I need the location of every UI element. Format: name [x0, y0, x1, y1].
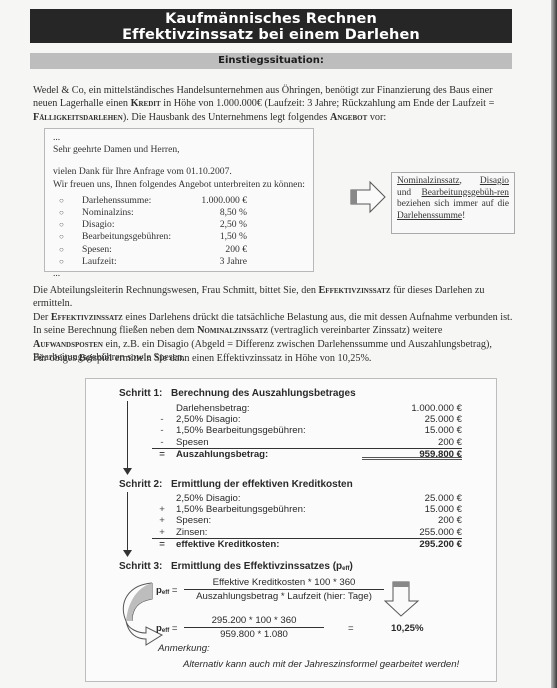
offer-item-value: 1.000.000 €	[177, 195, 247, 207]
title-line-2: Effektivzinssatz bei einem Darlehen	[30, 27, 512, 43]
calc-label: Spesen	[172, 437, 362, 448]
calc-total-label: Auszahlungsbetrag:	[172, 449, 362, 460]
curved-arrow-icon	[116, 577, 164, 647]
arrow-right-icon	[350, 180, 386, 214]
offer-item-label: Laufzeit:	[82, 256, 177, 268]
formula-numerator: Effektive Kreditkosten * 100 * 360	[184, 577, 384, 590]
note-box: Nominalzinssatz, Disagio und Bearbeitung…	[391, 172, 515, 234]
operator: +	[152, 504, 172, 515]
offer-items: ○Darlehenssumme:1.000.000 €○Nominalzins:…	[53, 195, 313, 268]
step-3-title-text: )	[350, 561, 353, 572]
operator: +	[152, 515, 172, 526]
calc-row: -2,50% Disagio:25.000 €	[152, 414, 462, 425]
note-text: beziehen sich immer auf die	[397, 199, 509, 209]
operator: =	[152, 449, 172, 460]
arrow-down-icon	[123, 550, 132, 557]
equals-sign: =	[172, 623, 178, 634]
bullet-icon: ○	[53, 219, 82, 231]
bullet-icon: ○	[53, 256, 82, 268]
calc-amount: 15.000 €	[362, 504, 462, 515]
offer-item-label: Bearbeitungsgebühren:	[82, 231, 177, 243]
calc-amount: 200 €	[362, 515, 462, 526]
calc-row: -Spesen200 €	[152, 437, 462, 448]
note-text: und	[397, 188, 422, 198]
page-edge	[551, 0, 557, 688]
arrow-down-icon	[123, 468, 132, 475]
body-paragraph-1: Die Abteilungsleiterin Rechnungswesen, F…	[33, 284, 513, 311]
remark-title: Anmerkung:	[158, 643, 210, 654]
calc-row: +Spesen:200 €	[152, 515, 462, 526]
body-text: Die Abteilungsleiterin Rechnungswesen, F…	[33, 285, 319, 296]
calc-total-label: effektive Kreditkosten:	[172, 539, 362, 550]
operator	[152, 403, 172, 414]
calc-amount: 200 €	[362, 437, 462, 448]
letter-salutation: Sehr geehrte Damen und Herren,	[53, 144, 313, 156]
offer-item-value: 1,50 %	[177, 231, 247, 243]
ellipsis: ...	[53, 268, 313, 280]
offer-item: ○Darlehenssumme:1.000.000 €	[53, 195, 313, 207]
bullet-icon: ○	[53, 207, 82, 219]
calc-total-row: =effektive Kreditkosten:295.200 €	[152, 538, 462, 550]
calc-row: -1,50% Bearbeitungsgebühren:15.000 €	[152, 425, 462, 436]
offer-item-value: 3 Jahre	[177, 256, 247, 268]
section-heading: Einstiegssituation:	[30, 53, 512, 69]
step-1-title: Berechnung des Auszahlungsbetrages	[171, 388, 356, 399]
note-term: Disagio	[480, 176, 509, 186]
calc-total-row: =Auszahlungsbetrag:959.800 €	[152, 448, 462, 460]
equals-sign: =	[172, 585, 178, 596]
calc-total-amount: 295.200 €	[362, 539, 462, 550]
term-effektivzinssatz: Effektivzinssatz	[319, 285, 391, 296]
result-equals: =	[348, 623, 354, 634]
bullet-icon: ○	[53, 244, 82, 256]
offer-item: ○Disagio:2,50 %	[53, 219, 313, 231]
calc-numerator: 295.200 * 100 * 360	[184, 615, 324, 628]
calc-label: 1,50% Bearbeitungsgebühren:	[172, 504, 362, 515]
subscript: eff	[342, 566, 349, 572]
calc-total-amount: 959.800 €	[362, 449, 462, 460]
flow-line	[127, 492, 128, 554]
offer-item-label: Nominalzins:	[82, 207, 177, 219]
offer-item-label: Disagio:	[82, 219, 177, 231]
offer-letter: ... Sehr geehrte Damen und Herren, viele…	[44, 128, 314, 272]
calc-label: 2,50% Disagio:	[172, 414, 362, 425]
calculation-box: Schritt 1: Berechnung des Auszahlungsbet…	[85, 378, 497, 682]
note-term: Nominalzinssatz	[397, 176, 460, 186]
remark-text: Alternativ kann auch mit der Jahreszinsf…	[183, 659, 459, 670]
offer-item: ○Spesen:200 €	[53, 244, 313, 256]
calc-row: 2,50% Disagio:25.000 €	[152, 493, 462, 504]
operator: =	[152, 539, 172, 550]
term-faelligkeitsdarlehen: Fälligkeitsdarlehen	[33, 112, 123, 123]
offer-item-label: Spesen:	[82, 244, 177, 256]
operator	[152, 493, 172, 504]
calc-label: 2,50% Disagio:	[172, 493, 362, 504]
calc-amount: 15.000 €	[362, 425, 462, 436]
arrow-down-large-icon	[384, 581, 420, 617]
calc-label: Spesen:	[172, 515, 362, 526]
intro-text: in Höhe von 1.000.000€ (Laufzeit: 3 Jahr…	[161, 98, 495, 109]
note-text: !	[462, 211, 465, 221]
step-3-title-text: Ermittlung des Effektivzinssatzes (p	[171, 561, 342, 572]
calc-amount: 1.000.000 €	[362, 403, 462, 414]
intro-text: vor:	[367, 112, 386, 123]
step-1-table: Darlehensbetrag:1.000.000 €-2,50% Disagi…	[152, 403, 462, 460]
subscript: eff	[162, 628, 169, 634]
term-aufwandsposten: Aufwandsposten	[33, 339, 103, 350]
operator: -	[152, 437, 172, 448]
step-2-label: Schritt 2:	[119, 479, 162, 490]
result-value: 10,25%	[391, 623, 424, 634]
calc-row: +1,50% Bearbeitungsgebühren:15.000 €	[152, 504, 462, 515]
step-2-title: Ermittlung der effektiven Kreditkosten	[171, 479, 353, 490]
flow-line	[127, 401, 128, 472]
offer-item: ○Nominalzins:8,50 %	[53, 207, 313, 219]
offer-item-value: 8,50 %	[177, 207, 247, 219]
note-text: ,	[460, 176, 480, 186]
offer-item: ○Laufzeit:3 Jahre	[53, 256, 313, 268]
step-3-title: Ermittlung des Effektivzinssatzes (peff)	[171, 561, 353, 572]
calc-denominator: 959.800 * 1.080	[184, 628, 324, 640]
offer-item-value: 2,50 %	[177, 219, 247, 231]
body-text: (vertraglich vereinbarter Zinssatz) weit…	[268, 325, 442, 336]
bullet-icon: ○	[53, 231, 82, 243]
intro-text: ). Die Hausbank des Unternehmens legt fo…	[123, 112, 330, 123]
term-angebot: Angebot	[330, 112, 367, 123]
term-effektivzinssatz: Effektivzinssatz	[51, 312, 123, 323]
title-line-1: Kaufmännisches Rechnen	[30, 11, 512, 27]
bullet-icon: ○	[53, 195, 82, 207]
general-formula: Effektive Kreditkosten * 100 * 360 Ausza…	[184, 577, 384, 602]
calc-row: Darlehensbetrag:1.000.000 €	[152, 403, 462, 414]
step-2-table: 2,50% Disagio:25.000 €+1,50% Bearbeitung…	[152, 493, 462, 550]
calc-amount: 255.000 €	[362, 527, 462, 538]
letter-line: vielen Dank für Ihre Anfrage vom 01.10.2…	[53, 166, 313, 178]
body-paragraph-3: Für obiges Beispiel ermitteln Sie dann e…	[33, 352, 513, 365]
offer-item-label: Darlehenssumme:	[82, 195, 177, 207]
calc-amount: 25.000 €	[362, 414, 462, 425]
offer-item-value: 200 €	[177, 244, 247, 256]
step-3-label: Schritt 3:	[119, 561, 162, 572]
formula-symbol: peff =	[156, 623, 178, 634]
calc-label: Darlehensbetrag:	[172, 403, 362, 414]
note-term: Bearbeitungsgebüh-ren	[422, 188, 509, 198]
title-banner: Kaufmännisches Rechnen Effektivzinssatz …	[30, 9, 512, 43]
step-1-label: Schritt 1:	[119, 388, 162, 399]
calc-label: Zinsen:	[172, 527, 362, 538]
operator: +	[152, 527, 172, 538]
note-term: Darlehenssumme	[397, 211, 462, 221]
calc-label: 1,50% Bearbeitungsgebühren:	[172, 425, 362, 436]
body-text: Der	[33, 312, 51, 323]
term-nominalzinssatz: Nominalzinssatz	[197, 325, 268, 336]
intro-paragraph: Wedel & Co, ein mittelständisches Handel…	[33, 84, 513, 124]
calc-amount: 25.000 €	[362, 493, 462, 504]
operator: -	[152, 425, 172, 436]
term-kredit: Kredit	[131, 98, 161, 109]
offer-item: ○Bearbeitungsgebühren:1,50 %	[53, 231, 313, 243]
ellipsis: ...	[53, 132, 313, 144]
operator: -	[152, 414, 172, 425]
letter-line: Wir freuen uns, Ihnen folgendes Angebot …	[53, 179, 313, 191]
calc-row: +Zinsen:255.000 €	[152, 527, 462, 538]
formula-denominator: Auszahlungsbetrag * Laufzeit (hier: Tage…	[184, 590, 384, 602]
applied-formula: 295.200 * 100 * 360 959.800 * 1.080	[184, 615, 324, 640]
